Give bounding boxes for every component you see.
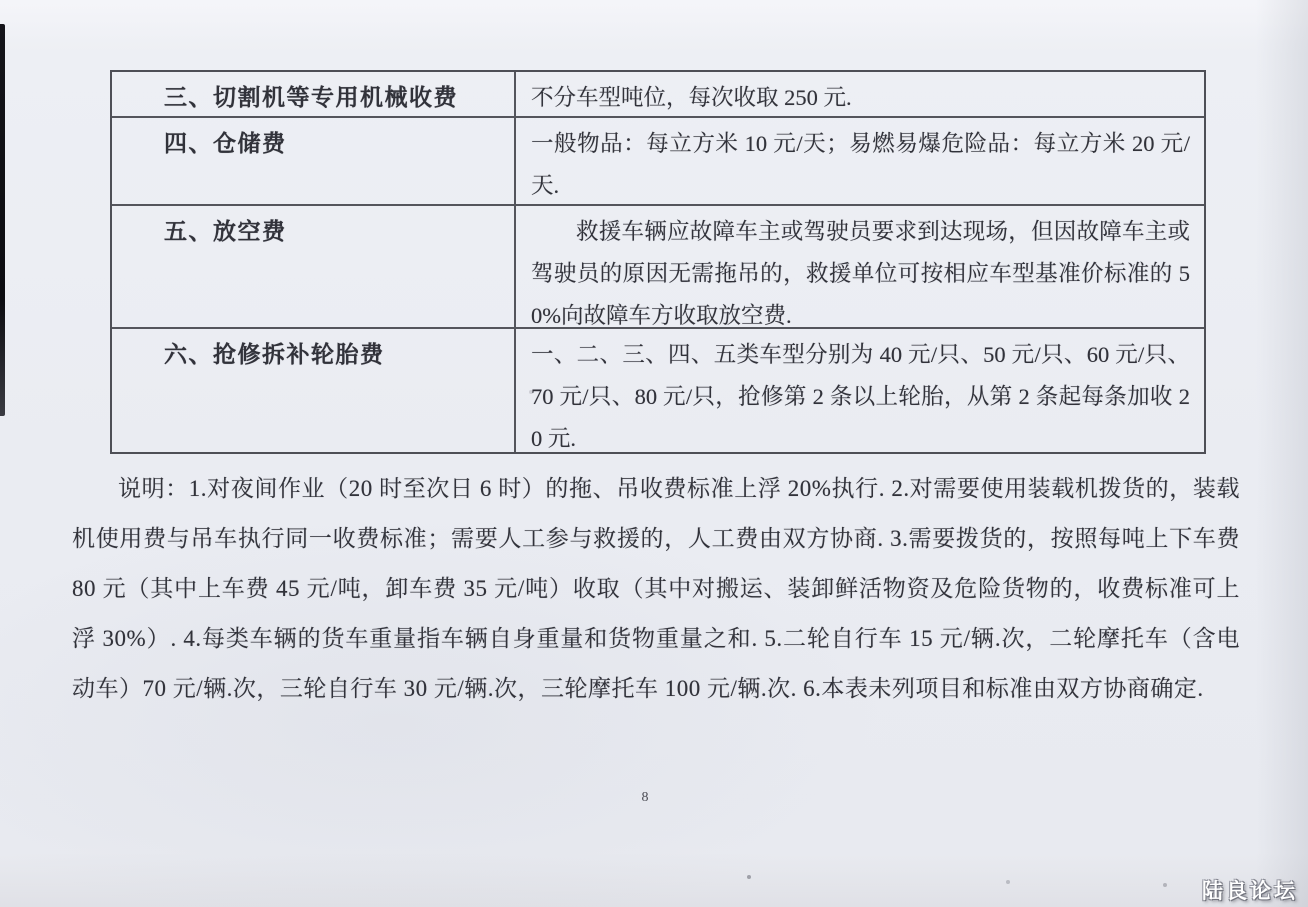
page-number: 8 bbox=[630, 790, 660, 806]
fee-row-item-storage: 四、仓储费 bbox=[112, 116, 514, 204]
scan-speckle bbox=[1006, 880, 1010, 884]
fee-table: 三、切割机等专用机械收费 不分车型吨位，每次收取 250 元. 四、仓储费 一般… bbox=[110, 70, 1206, 454]
scan-speckle bbox=[1163, 883, 1167, 887]
fee-row-item-tire-repair: 六、抢修拆补轮胎费 bbox=[112, 327, 514, 452]
notes-paragraph: 说明：1.对夜间作业（20 时至次日 6 时）的拖、吊收费标准上浮 20%执行.… bbox=[72, 464, 1240, 714]
fee-row-item-cutting-machine: 三、切割机等专用机械收费 bbox=[112, 72, 514, 116]
watermark: 陆良论坛 bbox=[1202, 875, 1298, 905]
fee-row-desc-empty-run: 救援车辆应故障车主或驾驶员要求到达现场，但因故障车主或驾驶员的原因无需拖吊的，救… bbox=[514, 204, 1204, 327]
fee-row-desc-tire-repair: 一、二、三、四、五类车型分别为 40 元/只、50 元/只、60 元/只、70 … bbox=[514, 327, 1204, 452]
scan-speckle bbox=[529, 390, 533, 394]
fee-row-desc-storage: 一般物品：每立方米 10 元/天；易燃易爆危险品：每立方米 20 元/天. bbox=[514, 116, 1204, 204]
scan-edge-artifact bbox=[0, 24, 5, 416]
fee-row-desc-cutting-machine: 不分车型吨位，每次收取 250 元. bbox=[514, 72, 1204, 116]
scan-speckle bbox=[747, 875, 751, 879]
fee-row-item-empty-run: 五、放空费 bbox=[112, 204, 514, 327]
